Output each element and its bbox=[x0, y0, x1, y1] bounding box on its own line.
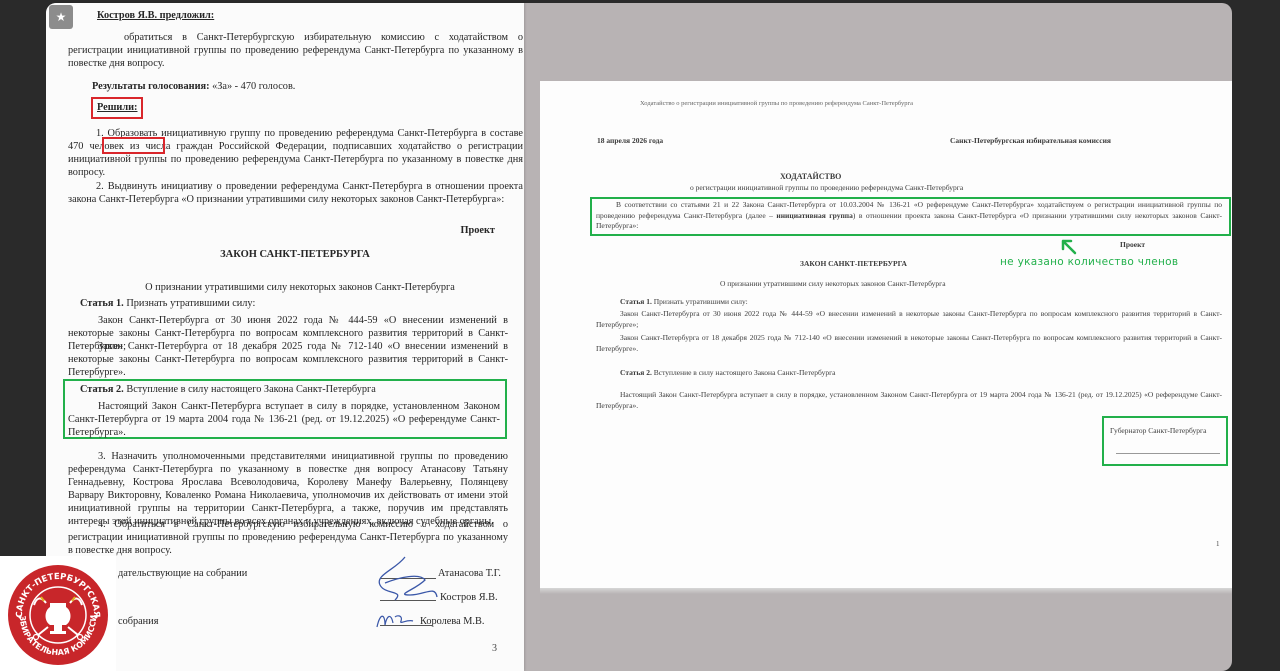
vote-results: Результаты голосования: «За» - 470 голос… bbox=[92, 80, 512, 93]
right-draft-label: Проект bbox=[1120, 240, 1220, 251]
annotation-note: не указано количество членов bbox=[1000, 256, 1178, 268]
decision-item-4: 4. Обратиться в Санкт-Петербургскую изби… bbox=[68, 518, 508, 557]
governor-label: Губернатор Санкт-Петербурга bbox=[1110, 426, 1226, 437]
logo-emblem-icon: САНКТ-ПЕТЕРБУРГСКАЯ ИЗБИРАТЕЛЬНАЯ КОМИСС… bbox=[8, 565, 108, 665]
right-article1-heading: Статья 1. Признать утратившими силу: bbox=[620, 297, 1220, 308]
right-page-header: Ходатайство о регистрации инициативной г… bbox=[640, 99, 1160, 110]
arrow-up-left-icon bbox=[1058, 236, 1080, 258]
right-law-title: ЗАКОН САНКТ-ПЕТЕРБУРГА bbox=[800, 259, 960, 270]
right-law-subtitle: О признании утратившими силу некоторых з… bbox=[720, 279, 1060, 290]
right-page-date: 18 апреля 2026 года bbox=[597, 136, 797, 147]
star-icon: ★ bbox=[56, 10, 67, 24]
proposer-heading: Костров Я.В. предложил: bbox=[97, 9, 397, 22]
right-article2-heading: Статья 2. Вступление в силу настоящего З… bbox=[620, 368, 1220, 379]
election-commission-logo: САНКТ-ПЕТЕРБУРГСКАЯ ИЗБИРАТЕЛЬНАЯ КОМИСС… bbox=[0, 556, 116, 671]
decision-item-2: 2. Выдвинуть инициативу о проведении реф… bbox=[68, 180, 523, 206]
article1-heading: Статья 1. Признать утратившими силу: bbox=[80, 297, 500, 310]
logo-circle: САНКТ-ПЕТЕРБУРГСКАЯ ИЗБИРАТЕЛЬНАЯ КОМИСС… bbox=[8, 565, 108, 665]
right-page-addressee: Санкт-Петербургская избирательная комисс… bbox=[950, 136, 1222, 147]
secretary-label: собрания bbox=[118, 615, 318, 628]
right-page-title: ХОДАТАЙСТВО bbox=[780, 172, 980, 183]
right-article2-p: Настоящий Закон Санкт-Петербурга вступае… bbox=[596, 390, 1222, 411]
decided-heading: Решили: bbox=[97, 101, 157, 114]
right-page-number: 1 bbox=[1216, 540, 1220, 548]
page-shadow bbox=[540, 588, 1232, 594]
draft-label: Проект bbox=[420, 224, 495, 237]
right-article1-p2: Закон Санкт-Петербурга от 18 декабря 202… bbox=[596, 333, 1222, 354]
article2-heading: Статья 2. Вступление в силу настоящего З… bbox=[80, 383, 500, 396]
right-page-subtitle: о регистрации инициативной группы по про… bbox=[690, 183, 1070, 194]
article2-p: Настоящий Закон Санкт-Петербурга вступае… bbox=[68, 400, 500, 439]
law-subtitle: О признании утратившими силу некоторых з… bbox=[120, 281, 480, 294]
article1-p2: Закон Санкт-Петербурга от 18 декабря 202… bbox=[68, 340, 508, 379]
decision-item-3: 3. Назначить уполномоченными представите… bbox=[68, 450, 508, 528]
governor-signature-line bbox=[1116, 453, 1220, 454]
handwritten-signature-icon bbox=[365, 555, 455, 635]
right-article1-p1: Закон Санкт-Петербурга от 30 июня 2022 г… bbox=[596, 309, 1222, 330]
law-title: ЗАКОН САНКТ-ПЕТЕРБУРГА bbox=[160, 248, 430, 261]
chair-label: дательствующие на собрании bbox=[118, 567, 318, 580]
governor-signature-highlight bbox=[1102, 416, 1228, 466]
member-count-highlight bbox=[102, 137, 165, 154]
proposal-text: обратиться в Санкт-Петербургскую избират… bbox=[68, 31, 523, 70]
missing-count-highlight bbox=[590, 197, 1231, 236]
left-page-number: 3 bbox=[492, 643, 497, 654]
star-button[interactable]: ★ bbox=[49, 5, 73, 29]
